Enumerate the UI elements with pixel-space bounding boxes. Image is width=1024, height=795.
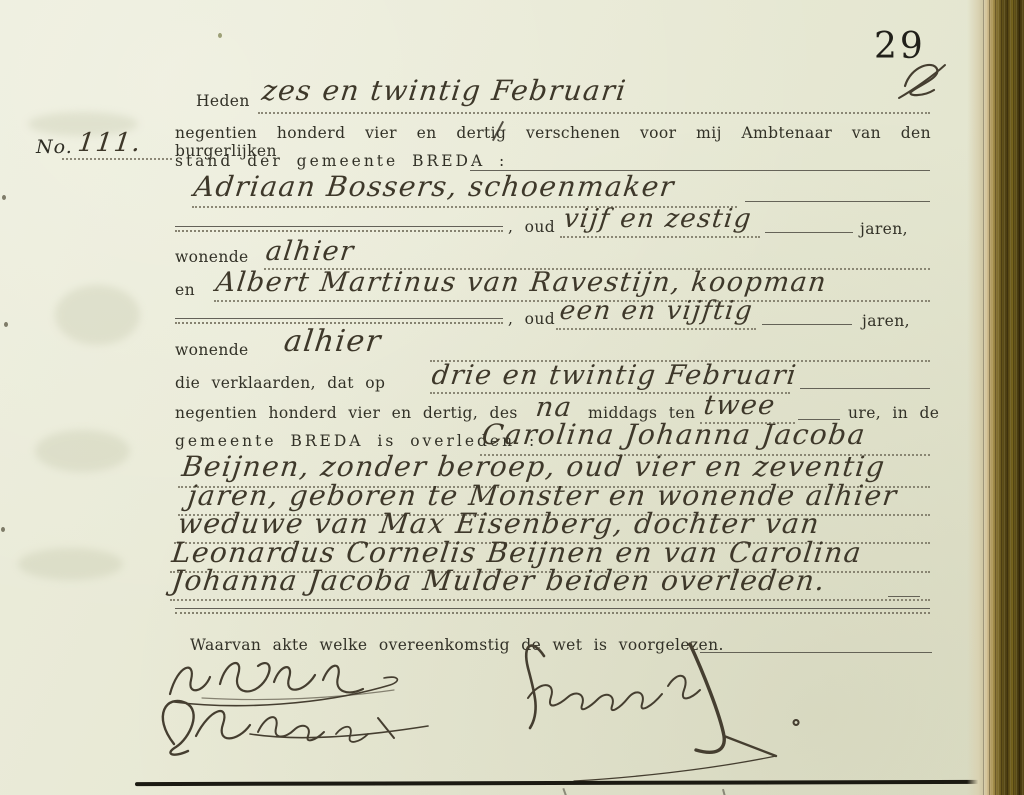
des-line-label: negentien honderd vier en dertig, des [175,404,518,422]
en-label: en [175,281,195,299]
age1-fill-rule [765,232,853,233]
wonende-label-2: wonende [175,341,249,359]
age1-lead-rule [175,226,503,232]
jaren-label-2: jaren, [862,312,910,330]
paper-speck [218,33,222,38]
oud-label-1: , oud [508,218,555,236]
wonende-label-1: wonende [175,248,249,266]
death-certificate-scan: 29 No. 111. Heden zes en twintig Februar… [0,0,1024,795]
stand-line: stand der gemeente BREDA : [175,152,507,170]
residence1-entry: alhier [264,236,356,267]
deceased-name-entry: Carolina Johanna Jacoba [480,418,868,451]
page-curl-shadow [967,0,983,795]
body-end-dash [888,596,920,597]
age2-entry: een en vijftig [558,296,755,326]
show-through-blot [18,548,123,580]
show-through-blot [35,430,130,472]
date-rule [258,112,930,114]
death-date-fill-rule [800,388,930,389]
age2-rule [556,328,756,330]
body-line: Johanna Jacoba Mulder beiden overleden. [170,564,828,597]
oud-label-2: , oud [508,310,555,328]
residence2-entry: alhier [282,324,384,359]
age1-entry: vijf en zestig [562,204,754,234]
act-number-label: No. [36,136,73,158]
paper-speck [1,527,5,532]
paper-speck [4,322,8,327]
paper-speck [2,195,6,200]
verklaarden-label: die verklaarden, dat op [175,374,385,392]
show-through-blot [55,285,140,345]
paraph-mark-icon [893,54,951,102]
next-act-mark [562,788,567,795]
heden-label: Heden [196,92,250,110]
witness-signature-2 [140,690,440,762]
death-date-entry: drie en twintig Februari [430,360,799,391]
act-number-value: 111. [76,128,144,158]
book-binding-edge [983,0,1024,795]
age1-rule [560,236,760,238]
body-line-rule [170,599,930,601]
declarant1-entry: Adriaan Bossers, schoenmaker [192,170,677,203]
age2-fill-rule [762,324,852,325]
act-number-rule [62,158,172,160]
hour-entry: twee [702,390,778,421]
declarant1-fill-rule [745,201,930,202]
closing-separator-rule [175,608,930,614]
declarant2-entry: Albert Martinus van Ravestijn, koopman [214,267,829,298]
next-act-mark [722,789,726,795]
date-entry: zes en twintig Februari [260,74,629,107]
registrar-signature [478,636,878,786]
jaren-label-1: jaren, [860,220,908,238]
